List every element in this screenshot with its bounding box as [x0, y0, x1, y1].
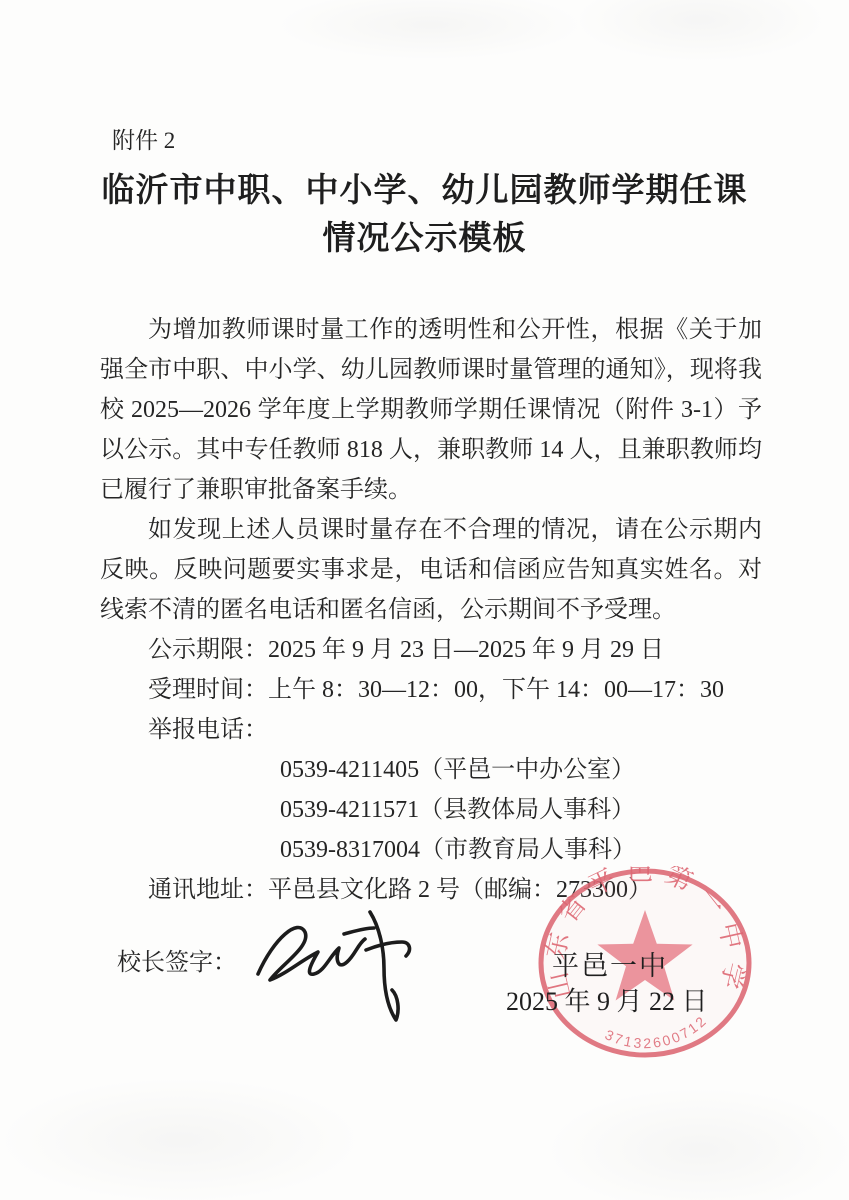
- principal-signature-handwriting: 王维峰: [248, 898, 428, 1030]
- acceptance-time-label: 受理时间：: [148, 677, 268, 703]
- document-title-line-2: 情况公示模板: [0, 214, 849, 262]
- signoff-date: 2025 年 9 月 22 日: [506, 981, 708, 1018]
- paragraph-feedback: 如发现上述人员课时量存在不合理的情况，请在公示期内反映。反映问题要实事求是，电话…: [100, 510, 762, 630]
- phone-office: 0539-4211405（平邑一中办公室）: [100, 750, 762, 790]
- document-title-line-1: 临沂市中职、中小学、幼儿园教师学期任课: [0, 166, 849, 214]
- phone-city-bureau: 0539-8317004（市教育局人事科）: [100, 830, 762, 870]
- acceptance-time-value: 上午 8：30—12：00，下午 14：00—17：30: [268, 677, 724, 703]
- acceptance-time-line: 受理时间：上午 8：30—12：00，下午 14：00—17：30: [100, 670, 762, 710]
- paragraph-intro: 为增加教师课时量工作的透明性和公开性，根据《关于加强全市中职、中小学、幼儿园教师…: [100, 310, 762, 510]
- publicity-period-line: 公示期限：2025 年 9 月 23 日—2025 年 9 月 29 日: [100, 630, 762, 670]
- report-phone-line: 举报电话：: [100, 710, 762, 750]
- scanned-notice-page: 附件 2 临沂市中职、中小学、幼儿园教师学期任课 情况公示模板 为增加教师课时量…: [0, 0, 849, 1200]
- principal-signature-label: 校长签字：: [117, 942, 237, 977]
- school-name-signoff: 平邑一中: [552, 944, 668, 983]
- document-body: 为增加教师课时量工作的透明性和公开性，根据《关于加强全市中职、中小学、幼儿园教师…: [100, 310, 762, 910]
- attachment-label: 附件 2: [112, 124, 175, 158]
- report-phone-label: 举报电话：: [148, 717, 268, 743]
- publicity-period-label: 公示期限：: [148, 637, 268, 663]
- document-title: 临沂市中职、中小学、幼儿园教师学期任课 情况公示模板: [0, 166, 849, 262]
- publicity-period-value: 2025 年 9 月 23 日—2025 年 9 月 29 日: [268, 637, 664, 663]
- phone-county-bureau: 0539-4211571（县教体局人事科）: [100, 790, 762, 830]
